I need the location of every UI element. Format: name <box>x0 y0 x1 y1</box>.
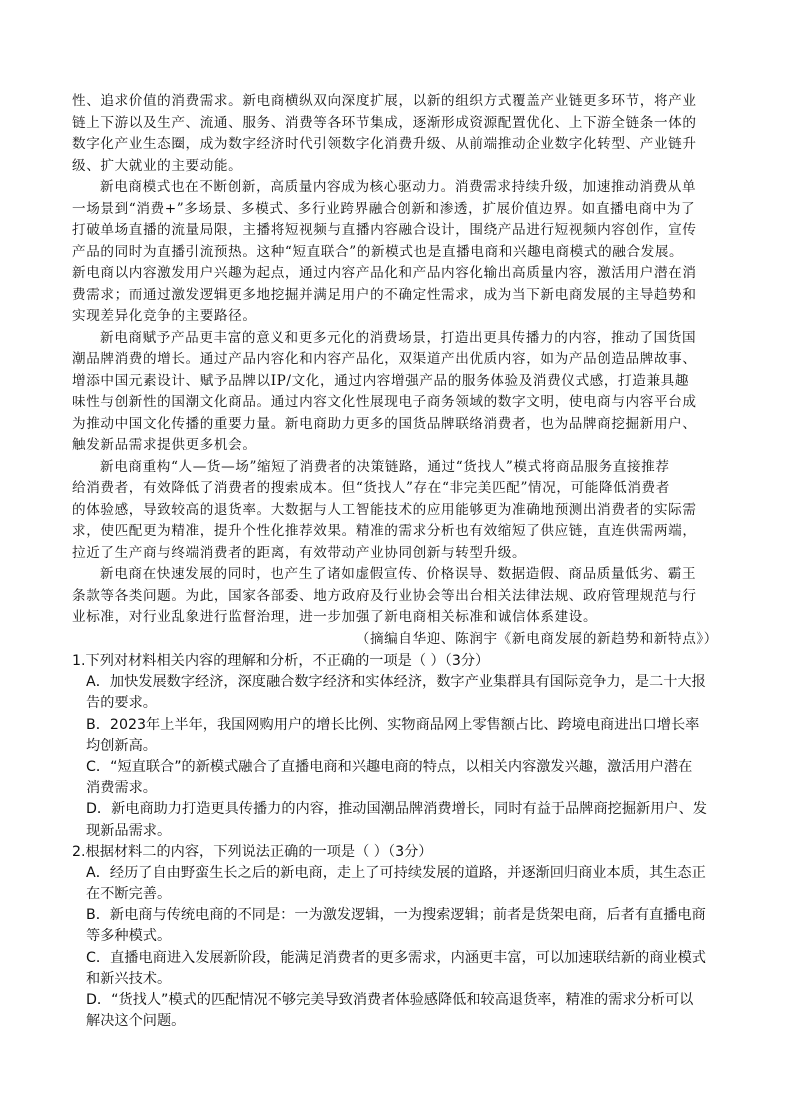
passage-line: 新电商模式也在不断创新，高质量内容成为核心驱动力。消费需求持续升级，加速推动消费… <box>72 177 720 199</box>
passage-line: 数字化产业生态圈，成为数字经济时代引领数字化消费升级、从前端推动企业数字化转型、… <box>72 134 720 156</box>
question-stem: 2.根据材料二的内容，下列说法正确的一项是（ ）（3分） <box>72 842 720 863</box>
option-text: C．“短直联合”的新模式融合了直播电商和兴趣电商的特点，以相关内容激发兴趣，激活… <box>86 757 720 778</box>
option-d[interactable]: D．“货找人”模式的匹配情况不够完美导致消费者体验感降低和较高退货率，精准的需求… <box>72 990 720 1032</box>
passage-line: 的体验感，导致较高的退货率。大数据与人工智能技术的应用能够更为准确地预测出消费者… <box>72 500 720 522</box>
passage-line: 业标准，对行业乱象进行监督治理，进一步加强了新电商相关标准和诚信体系建设。 <box>72 607 720 629</box>
option-text: 和新兴技术。 <box>86 969 720 990</box>
passage-line: 级、扩大就业的主要动能。 <box>72 156 720 178</box>
passage-line: 打破单场直播的流量局限，主播将短视频与直播内容融合设计，围绕产品进行短视频内容创… <box>72 220 720 242</box>
option-text: D．“货找人”模式的匹配情况不够完美导致消费者体验感降低和较高退货率，精准的需求… <box>86 990 720 1011</box>
option-b[interactable]: B．新电商与传统电商的不同是：一为激发逻辑，一为搜索逻辑；前者是货架电商，后者有… <box>72 905 720 947</box>
passage-line: 一场景到“消费+”多场景、多模式、多行业跨界融合创新和渗透，扩展价值边界。如直播… <box>72 199 720 221</box>
passage-line: 费需求；而通过激发逻辑更多地挖掘并满足用户的不确定性需求，成为当下新电商发展的主… <box>72 285 720 307</box>
option-text: 均创新高。 <box>86 736 720 757</box>
question-list: 1.下列对材料相关内容的理解和分析，不正确的一项是（ ）（3分） A．加快发展数… <box>72 651 720 1032</box>
passage-line: 味性与创新性的国潮文化商品。通过内容文化性展现电子商务领域的数字文明，使电商与内… <box>72 392 720 414</box>
option-text: B．新电商与传统电商的不同是：一为激发逻辑，一为搜索逻辑；前者是货架电商，后者有… <box>86 905 720 926</box>
passage-line: 潮品牌消费的增长。通过产品内容化和内容产品化，双渠道产出优质内容，如为产品创造品… <box>72 349 720 371</box>
passage-line: 性、追求价值的消费需求。新电商横纵双向深度扩展，以新的组织方式覆盖产业链更多环节… <box>72 91 720 113</box>
passage-line: 为推动中国文化传播的重要力量。新电商助力更多的国货品牌联络消费者，也为品牌商挖掘… <box>72 414 720 436</box>
passage-line: 产品的同时为直播引流预热。这种“短直联合”的新模式也是直播电商和兴趣电商模式的融… <box>72 242 720 264</box>
option-d[interactable]: D．新电商助力打造更具传播力的内容，推动国潮品牌消费增长，同时有益于品牌商挖掘新… <box>72 799 720 841</box>
option-text: A．加快发展数字经济，深度融合数字经济和实体经济，数字产业集群具有国际竞争力，是… <box>86 672 720 693</box>
passage-line: 拉近了生产商与终端消费者的距离，有效带动产业协同创新与转型升级。 <box>72 543 720 565</box>
passage-line: 条款等各类问题。为此，国家各部委、地方政府及行业协会等出台相关法律法规、政府管理… <box>72 586 720 608</box>
option-c[interactable]: C．“短直联合”的新模式融合了直播电商和兴趣电商的特点，以相关内容激发兴趣，激活… <box>72 757 720 799</box>
option-text: 在不断完善。 <box>86 884 720 905</box>
option-text: 消费需求。 <box>86 778 720 799</box>
passage-line: 新电商赋予产品更丰富的意义和更多元化的消费场景，打造出更具传播力的内容，推动了国… <box>72 328 720 350</box>
question-1: 1.下列对材料相关内容的理解和分析，不正确的一项是（ ）（3分） A．加快发展数… <box>72 651 720 842</box>
passage-line: 新电商以内容激发用户兴趣为起点，通过内容产品化和产品内容化输出高质量内容，激活用… <box>72 263 720 285</box>
passage-line: 增添中国元素设计、赋予品牌以IP/文化，通过内容增强产品的服务体验及消费仪式感，… <box>72 371 720 393</box>
option-c[interactable]: C．直播电商进入发展新阶段，能满足消费者的更多需求，内涵更丰富，可以加速联结新的… <box>72 948 720 990</box>
option-b[interactable]: B．2023年上半年，我国网购用户的增长比例、实物商品网上零售额占比、跨境电商进… <box>72 715 720 757</box>
passage-paragraph: 新电商在快速发展的同时，也产生了诸如虚假宣传、价格误导、数据造假、商品质量低劣、… <box>72 564 720 629</box>
option-text: A．经历了自由野蛮生长之后的新电商，走上了可持续发展的道路，并逐渐回归商业本质，… <box>86 863 720 884</box>
option-text: 解决这个问题。 <box>86 1011 720 1032</box>
passage-paragraph: 新电商模式也在不断创新，高质量内容成为核心驱动力。消费需求持续升级，加速推动消费… <box>72 177 720 328</box>
passage-line: 给消费者，有效降低了消费者的搜索成本。但“货找人”存在“非完美匹配”情况，可能降… <box>72 478 720 500</box>
option-text: 等多种模式。 <box>86 926 720 947</box>
option-a[interactable]: A．加快发展数字经济，深度融合数字经济和实体经济，数字产业集群具有国际竞争力，是… <box>72 672 720 714</box>
option-text: D．新电商助力打造更具传播力的内容，推动国潮品牌消费增长，同时有益于品牌商挖掘新… <box>86 799 720 820</box>
passage-line: 链上下游以及生产、流通、服务、消费等各环节集成，逐渐形成资源配置优化、上下游全链… <box>72 113 720 135</box>
passage-line: 新电商重构“人—货—场”缩短了消费者的决策链路，通过“货找人”模式将商品服务直接… <box>72 457 720 479</box>
option-text: B．2023年上半年，我国网购用户的增长比例、实物商品网上零售额占比、跨境电商进… <box>86 715 720 736</box>
question-stem: 1.下列对材料相关内容的理解和分析，不正确的一项是（ ）（3分） <box>72 651 720 672</box>
passage-line: 触发新品需求提供更多机会。 <box>72 435 720 457</box>
passage-line: 新电商在快速发展的同时，也产生了诸如虚假宣传、价格误导、数据造假、商品质量低劣、… <box>72 564 720 586</box>
question-2: 2.根据材料二的内容，下列说法正确的一项是（ ）（3分） A．经历了自由野蛮生长… <box>72 842 720 1033</box>
passage-paragraph: 新电商重构“人—货—场”缩短了消费者的决策链路，通过“货找人”模式将商品服务直接… <box>72 457 720 565</box>
passage-line: 求，使匹配更为精准，提升个性化推荐效果。精准的需求分析也有效缩短了供应链，直连供… <box>72 521 720 543</box>
passage-paragraph: 性、追求价值的消费需求。新电商横纵双向深度扩展，以新的组织方式覆盖产业链更多环节… <box>72 91 720 177</box>
option-text: C．直播电商进入发展新阶段，能满足消费者的更多需求，内涵更丰富，可以加速联结新的… <box>86 948 720 969</box>
passage-citation: （摘编自华迎、陈润宇《新电商发展的新趋势和新特点》） <box>72 629 720 651</box>
option-text: 现新品需求。 <box>86 821 720 842</box>
passage-paragraph: 新电商赋予产品更丰富的意义和更多元化的消费场景，打造出更具传播力的内容，推动了国… <box>72 328 720 457</box>
exam-page: 性、追求价值的消费需求。新电商横纵双向深度扩展，以新的组织方式覆盖产业链更多环节… <box>72 91 720 1032</box>
option-text: 告的要求。 <box>86 693 720 714</box>
option-a[interactable]: A．经历了自由野蛮生长之后的新电商，走上了可持续发展的道路，并逐渐回归商业本质，… <box>72 863 720 905</box>
reading-passage: 性、追求价值的消费需求。新电商横纵双向深度扩展，以新的组织方式覆盖产业链更多环节… <box>72 91 720 650</box>
passage-line: 实现差异化竞争的主要路径。 <box>72 306 720 328</box>
